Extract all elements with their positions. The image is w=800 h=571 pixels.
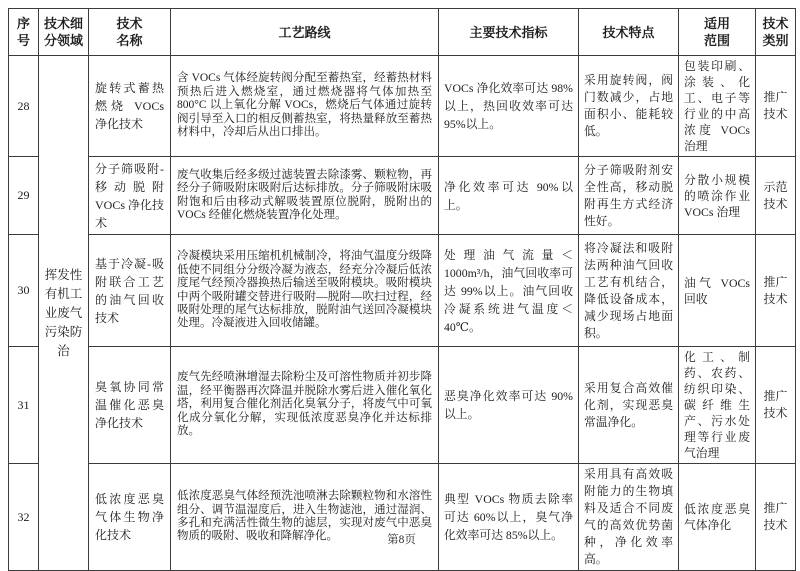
- cell-tech-name: 旋转式蓄热燃烧 VOCs 净化技术: [89, 56, 171, 157]
- table-row: 29 分子筛吸附-移动脱附 VOCs 净化技术 废气收集后经多级过滤装置去除漆雾…: [9, 157, 796, 235]
- cell-scope: 低浓度恶臭气体净化: [679, 464, 756, 571]
- cell-type: 推广技术: [756, 464, 796, 571]
- cell-type: 推广技术: [756, 347, 796, 464]
- cell-process-route: 废气先经喷淋增湿去除粉尘及可溶性物质并初步降温，经平衡器再次降温并脱除水雾后进入…: [171, 347, 439, 464]
- cell-indicators: 典型 VOCs 物质去除率可达 60%以上，臭气净化效率可达 85%以上。: [439, 464, 579, 571]
- cell-features: 分子筛吸附剂安全性高，移动脱附再生方式经济性好。: [579, 157, 679, 235]
- cell-serial: 28: [9, 56, 39, 157]
- table-row: 28 挥发性 有机工 业废气 污染防 治 旋转式蓄热燃烧 VOCs 净化技术 含…: [9, 56, 796, 157]
- col-header-name: 技术 名称: [89, 9, 171, 56]
- cell-process-route: 含 VOCs 气体经旋转阀分配至蓄热室，经蓄热材料预热后进入燃烧室，通过燃烧器将…: [171, 56, 439, 157]
- cell-type: 推广技术: [756, 235, 796, 347]
- col-header-indicators: 主要技术指标: [439, 9, 579, 56]
- cell-scope: 分散小规模的喷涂作业 VOCs 治理: [679, 157, 756, 235]
- cell-serial: 31: [9, 347, 39, 464]
- cell-type: 示范技术: [756, 157, 796, 235]
- table-row: 31 臭氧协同常温催化恶臭净化技术 废气先经喷淋增湿去除粉尘及可溶性物质并初步降…: [9, 347, 796, 464]
- col-header-category: 技术细 分领域: [39, 9, 89, 56]
- col-header-type: 技术 类别: [756, 9, 796, 56]
- cell-serial: 29: [9, 157, 39, 235]
- cell-scope: 化工、制药、农药、纺织印染、碳纤维生产、污水处理等行业废气治理: [679, 347, 756, 464]
- cell-scope: 油气 VOCs 回收: [679, 235, 756, 347]
- cell-serial: 30: [9, 235, 39, 347]
- cell-tech-name: 臭氧协同常温催化恶臭净化技术: [89, 347, 171, 464]
- cell-tech-name: 基于冷凝-吸附联合工艺的油气回收技术: [89, 235, 171, 347]
- document-page: 序号 技术细 分领域 技术 名称 工艺路线 主要技术指标 技术特点 适用 范围 …: [0, 0, 800, 551]
- cell-serial: 32: [9, 464, 39, 571]
- table-header-row: 序号 技术细 分领域 技术 名称 工艺路线 主要技术指标 技术特点 适用 范围 …: [9, 9, 796, 56]
- cell-tech-name: 分子筛吸附-移动脱附 VOCs 净化技术: [89, 157, 171, 235]
- cell-indicators: 恶臭净化效率可达 90%以上。: [439, 347, 579, 464]
- col-header-scope: 适用 范围: [679, 9, 756, 56]
- col-header-features: 技术特点: [579, 9, 679, 56]
- cell-indicators: 净化效率可达 90%以上。: [439, 157, 579, 235]
- page-number: 第8页: [8, 531, 795, 547]
- cell-indicators: 处理油气流量＜1000m³/h，油气回收率可达 99%以上。油气回收冷凝系统进气…: [439, 235, 579, 347]
- technology-table: 序号 技术细 分领域 技术 名称 工艺路线 主要技术指标 技术特点 适用 范围 …: [8, 8, 796, 571]
- table-row: 32 低浓度恶臭气体生物净化技术 低浓度恶臭气体经预洗池喷淋去除颗粒物和水溶性组…: [9, 464, 796, 571]
- cell-features: 采用旋转阀，阀门数减少，占地面积小、能耗较低。: [579, 56, 679, 157]
- cell-features: 将冷凝法和吸附法两种油气回收工艺有机结合，降低设备成本，减少现场占地面积。: [579, 235, 679, 347]
- cell-features: 采用具有高效吸附能力的生物填料及适合不同废气的高效优势菌种，净化效率高。: [579, 464, 679, 571]
- col-header-serial: 序号: [9, 9, 39, 56]
- cell-scope: 包装印刷、涂装、化工、电子等行业的中高浓度 VOCs 治理: [679, 56, 756, 157]
- cell-indicators: VOCs 净化效率可达 98%以上，热回收效率可达 95%以上。: [439, 56, 579, 157]
- cell-category-merged: 挥发性 有机工 业废气 污染防 治: [39, 56, 89, 571]
- cell-process-route: 低浓度恶臭气体经预洗池喷淋去除颗粒物和水溶性组分、调节温湿度后，进入生物滤池，通…: [171, 464, 439, 571]
- cell-features: 采用复合高效催化剂，实现恶臭常温净化。: [579, 347, 679, 464]
- cell-type: 推广技术: [756, 56, 796, 157]
- cell-process-route: 冷凝模块采用压缩机机械制冷，将油气温度分级降低使不同组分分级冷凝为液态，经充分冷…: [171, 235, 439, 347]
- cell-process-route: 废气收集后经多级过滤装置去除漆雾、颗粒物，再经分子筛吸附床吸附后达标排放。分子筛…: [171, 157, 439, 235]
- cell-tech-name: 低浓度恶臭气体生物净化技术: [89, 464, 171, 571]
- col-header-route: 工艺路线: [171, 9, 439, 56]
- table-row: 30 基于冷凝-吸附联合工艺的油气回收技术 冷凝模块采用压缩机机械制冷，将油气温…: [9, 235, 796, 347]
